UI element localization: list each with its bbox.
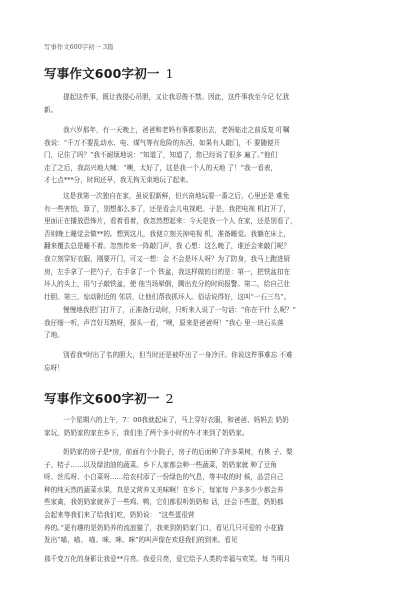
section-number: 1 (166, 66, 174, 81)
paragraph: 一个星期六的上午，7：00我就起床了，马上穿好衣服，和爸爸、妈妈去 奶奶 家玩，… (44, 414, 358, 439)
text-line: 呀、丝瓜呀、小白菜呀……给农村添了一份绿色的气息，等丰收的时 候，品尝自己 (44, 471, 358, 484)
text-line: 才七点***分，时间还早，我无拘无束地玩了起来。 (44, 174, 358, 187)
text-line: 提起这件事，既让我提心吊胆，又让我忍俊不禁。因此，这件事我至今记 忆犹 (44, 91, 358, 104)
text-line: 慢慢地我把门打开了，正准备行动时，只听来人说了一句话：“你在干什 么呢？” (44, 304, 358, 317)
text-line: 新。 (44, 104, 358, 117)
section-number: 2 (166, 391, 174, 406)
text-line: 否则晚上睡觉会做**的。想到这儿，我便立刻关掉电视 机，准备睡觉。我躺在床上， (44, 228, 358, 241)
paragraph: 这是我第一次独自在家，虽说很新鲜，但兴奋地玩耍一番之后，心里还是 难免 有一些害… (44, 190, 358, 303)
section-heading-text: 写事作文600字初一 (44, 391, 160, 406)
section-heading-text: 写事作文600字初一 (44, 66, 160, 81)
text-line: 有一些害怕，算了，别想那么多了，还是看会儿电视吧。于是，我把电视 机打开了， (44, 203, 358, 216)
text-line: 门，记住了吗？”我不耐烦地说：“知道了，知道了，您已经说了很多 遍了。”他们 (44, 149, 358, 162)
paragraph: 提起这件事，既让我提心吊胆，又让我忍俊不禁。因此，这件事我至今记 忆犹 新。 (44, 91, 358, 116)
section-heading-1: 写事作文600字初一1 (44, 64, 174, 82)
text-line: 里面正在播放恐怖片，看着看着，我忽然想起来：今天是我一个人 在家，还是别看了， (44, 215, 358, 228)
paragraph: 我六岁那年，有一天晚上，爸爸和老妈有事都要出去，老妈临走之前反复 叮嘱 我说：“… (44, 124, 358, 187)
text-line: 种的纯天然的蔬菜水果，真是又营养又美味啊！在乡下，每家每 户多多少少都会养 (44, 484, 358, 497)
text-line: 这是我第一次独自在家，虽说很新鲜，但兴奋地玩耍一番之后，心里还是 难免 (44, 190, 358, 203)
text-line: 翻来覆去总是睡不着。忽然传来一阵敲门声，我 心想：这么晚了，谁还会来敲门呢？ (44, 240, 358, 253)
paragraph: 奶奶家的房子是*房，前面有个小院子，房子的后面种了许多果树，有桃 子、梨 子、桔… (44, 446, 358, 547)
text-line: 我六岁那年，有一天晚上，爸爸和老妈有事都要出去，老妈临走之前反复 叮嘱 (44, 124, 358, 137)
text-line: 别看我*时出了名的胆大，但当时还是被吓出了一身冷汗。你说这件事难忘 不难 (44, 349, 358, 362)
text-line: 我仔细一听，声音好耳熟呀，探头一看，“噢，原来是爸爸呀！”我心 里一块石头落 (44, 317, 358, 330)
text-line: 发出“喵、喵、 喵、咪、咪、咪”的叫声像在欢迎我们的到来。看见 (44, 534, 358, 547)
section-heading-2: 写事作文600字初一2 (44, 389, 174, 407)
paragraph: 慢慢地我把门打开了，正准备行动时，只听来人说了一句话：“你在干什 么呢？” 我仔… (44, 304, 358, 342)
text-line: 家玩，奶奶家的家在乡下，我们坐了两个多小时的车才来到了奶奶家。 (44, 427, 358, 440)
text-line: 走了之后，我高兴地大喊：“噢，太好了，这是我一个人的天地 了！”我一看表， (44, 162, 358, 175)
text-line: 奶奶家的房子是*房，前面有个小院子，房子的后面种了许多果树，有桃 子、梨 (44, 446, 358, 459)
text-line: 忘呀！ (44, 362, 358, 375)
text-line: 坏人的头上，用勺子敲铁盆，使 他当场晕倒，腾出充分的时间报警。第二，给自己壮 (44, 278, 358, 291)
text-line: 会起来等我们来了给我们吃，奶奶说： “这些蛋很营 (44, 509, 358, 522)
document-title: 写事作文600字初一 3篇 (44, 42, 113, 51)
paragraph: 那千变万化的身影让我爱**月亮。我爱月亮，爱它给予人类的幸福与欢笑。每 当明月 (44, 553, 358, 566)
text-line: 子、桔子……以及绿油油的蔬菜。乡下人家都会种一些蔬菜，奶奶家就 种了豆角 (44, 459, 358, 472)
text-line: 壮胆。第三，惊动附近的 邻居，让他们帮我抓坏人。俗话说得好，这叫“一石三鸟”。 (44, 291, 358, 304)
text-line: 我立刻穿好衣服，刚要开门，可又一想：会 不会是坏人呀？为了防身，我马上跑进厨 (44, 253, 358, 266)
text-line: 一个星期六的上午，7：00我就起床了，马上穿好衣服，和爸爸、妈妈去 奶奶 (44, 414, 358, 427)
text-line: 那千变万化的身影让我爱**月亮。我爱月亮，爱它给予人类的幸福与欢笑。每 当明月 (44, 553, 358, 566)
paragraph: 别看我*时出了名的胆大，但当时还是被吓出了一身冷汗。你说这件事难忘 不难 忘呀！ (44, 349, 358, 374)
text-line: 房，左手拿了一把勺子，右手拿了一个 铁盆，我这样做的目的是：第一，把铁盆扣在 (44, 266, 358, 279)
text-line: 我说：“千万不要乱动水、电、煤气等有危险的东西，如果有人敲门，不 要随便开 (44, 137, 358, 150)
text-line: 养的。”更有趣的是奶奶养的流浪猫了，我来到奶奶家门口，看见几只可爱的 小花猫 (44, 522, 358, 535)
text-line: 了地。 (44, 329, 358, 342)
text-line: 些家禽，我奶奶家就养了一些鸡、鸭，它们都很听奶奶和 话，还会下些蛋，奶奶都 (44, 496, 358, 509)
